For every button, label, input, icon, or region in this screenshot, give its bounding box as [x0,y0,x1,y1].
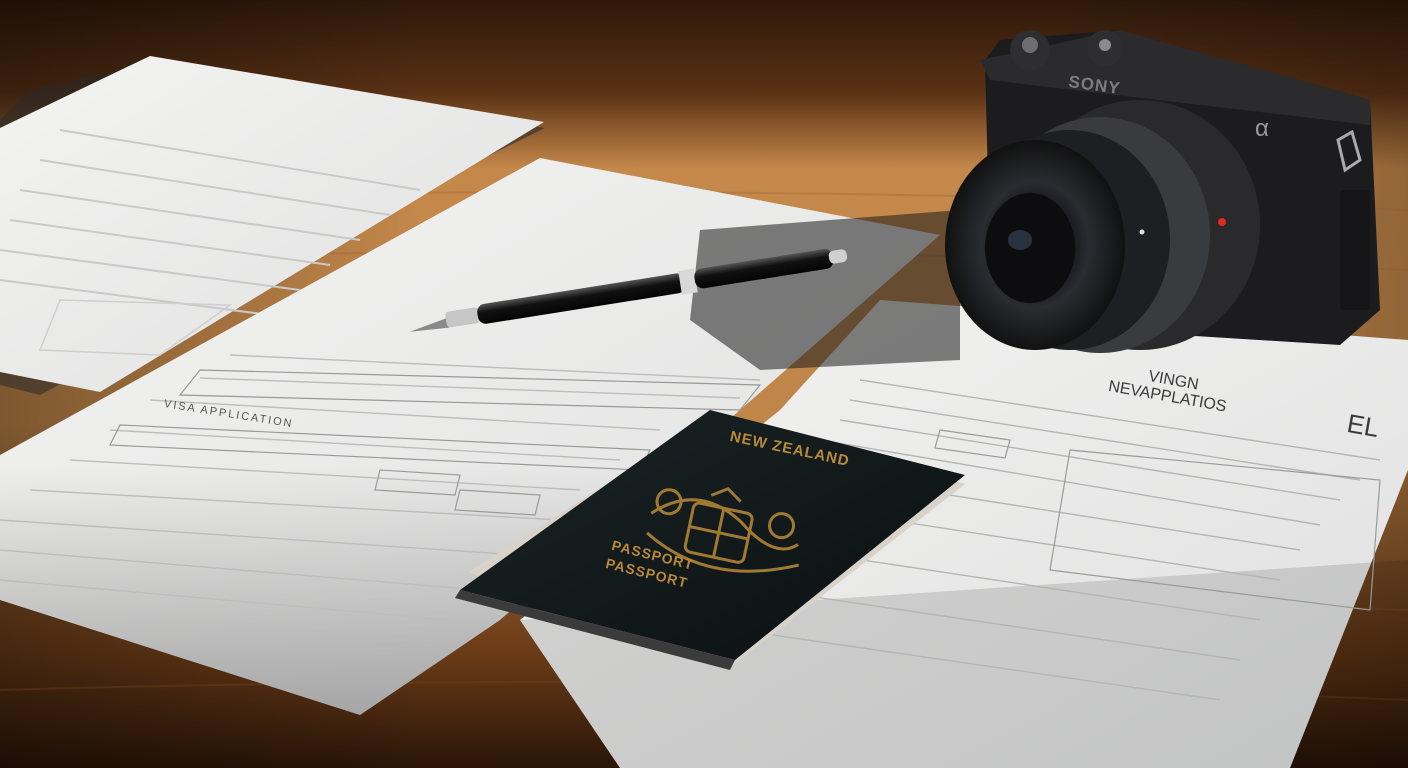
photo-scene: SONY α NEW ZEALAND PASSPORT PASSPORT VIN… [0,0,1408,768]
camera-model-mark: α [1255,115,1270,143]
right-form-corner-mark: EL [1345,408,1382,444]
